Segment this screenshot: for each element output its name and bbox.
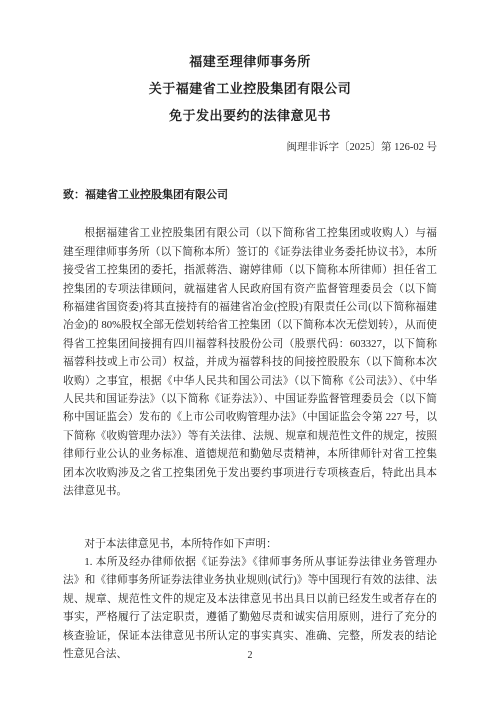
paragraph-declaration-item-1: 1. 本所及经办律师依据《证券法》《律师事务所从事证券法律业务管理办法》和《律师… (63, 553, 437, 663)
document-type-title: 免于发出要约的法律意见书 (63, 102, 437, 129)
salutation-line: 致：福建省工业控股集团有限公司 (63, 186, 437, 204)
document-title-block: 福建至理律师事务所 关于福建省工业控股集团有限公司 免于发出要约的法律意见书 (63, 0, 437, 129)
document-subject-title: 关于福建省工业控股集团有限公司 (63, 75, 437, 102)
law-firm-name-title: 福建至理律师事务所 (63, 48, 437, 75)
paragraph-declaration-lead: 对于本法律意见书，本所特作如下声明： (63, 535, 437, 553)
page-content: 福建至理律师事务所 关于福建省工业控股集团有限公司 免于发出要约的法律意见书 闽… (63, 0, 437, 663)
page-number: 2 (0, 649, 500, 663)
paragraph-engagement-background: 根据福建省工业控股集团有限公司（以下简称省工控集团或收购人）与福建至理律师事务所… (63, 224, 437, 500)
reference-number: 闽理非诉字〔2025〕第 126-02 号 (63, 139, 437, 157)
legal-opinion-page: 福建至理律师事务所 关于福建省工业控股集团有限公司 免于发出要约的法律意见书 闽… (0, 0, 500, 707)
